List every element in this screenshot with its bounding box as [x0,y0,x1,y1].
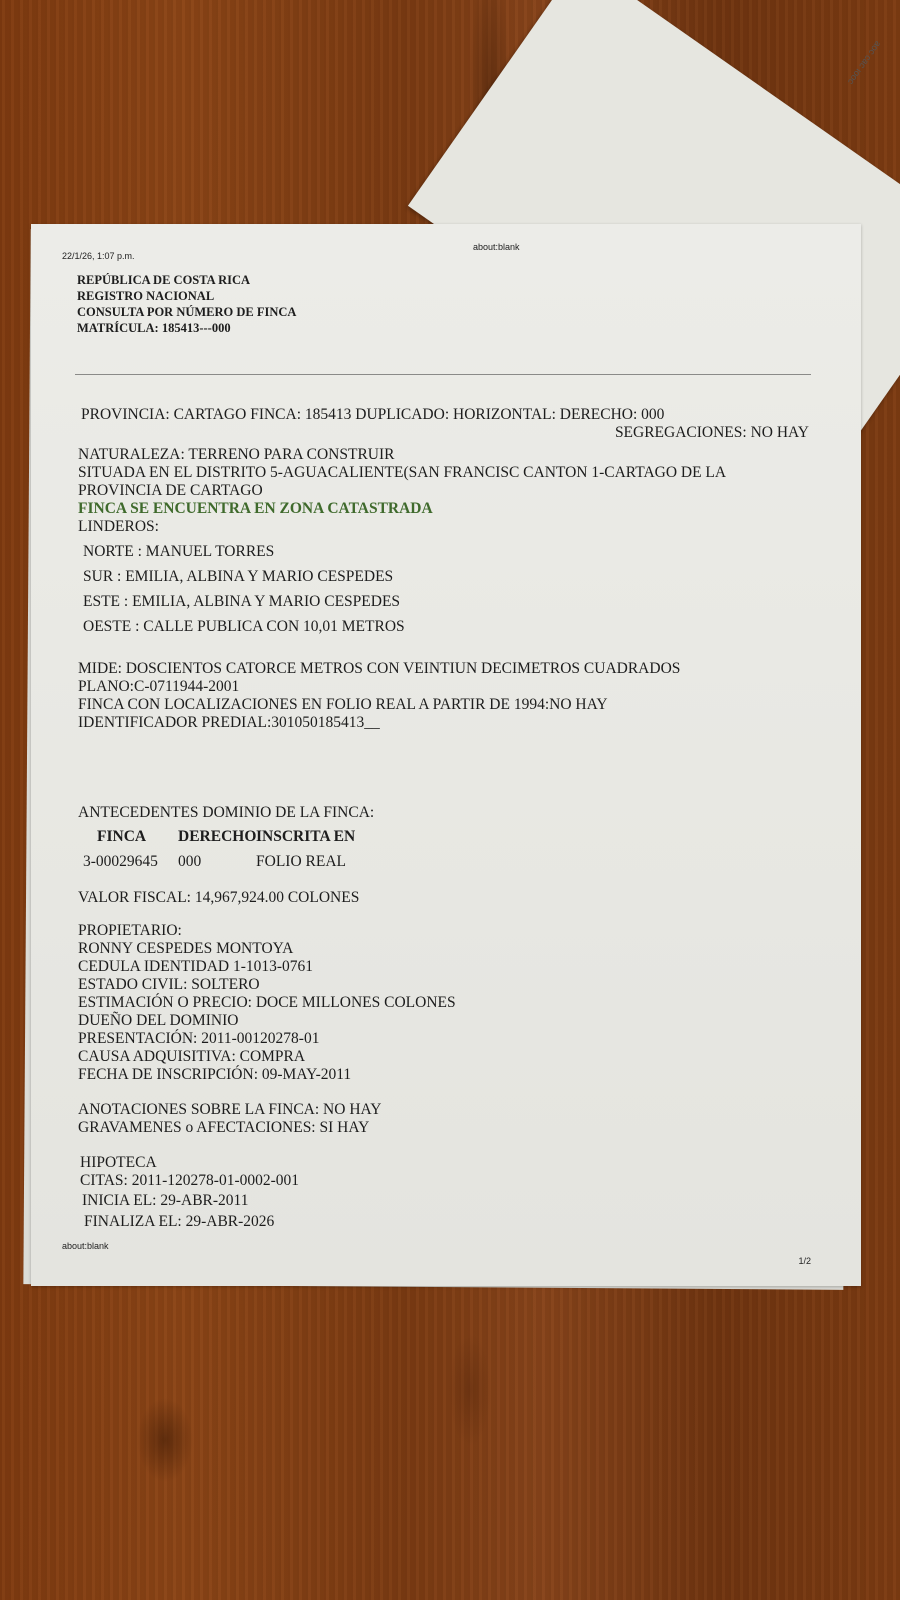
document-header: REPÚBLICA DE COSTA RICA REGISTRO NACIONA… [77,272,296,336]
table-row: 3-00029645 000 FOLIO REAL [83,849,396,874]
antecedentes-title: ANTECEDENTES DOMINIO DE LA FINCA: [78,804,374,822]
propietario-estado-civil: ESTADO CIVIL: SOLTERO [78,976,260,994]
page-number: 1/2 [798,1256,811,1266]
header-divider [75,374,811,375]
hipoteca-inicia: INICIA EL: 29-ABR-2011 [82,1192,248,1210]
header-country: REPÚBLICA DE COSTA RICA [77,272,296,288]
localizaciones: FINCA CON LOCALIZACIONES EN FOLIO REAL A… [78,696,608,714]
print-url: about:blank [473,242,520,252]
propietario-fecha-inscripcion: FECHA DE INSCRIPCIÓN: 09-MAY-2011 [78,1066,351,1084]
footer-url: about:blank [62,1241,109,1251]
lindero-sur: SUR : EMILIA, ALBINA Y MARIO CESPEDES [83,568,393,586]
hipoteca-title: HIPOTECA [80,1154,157,1172]
identificador-predial: IDENTIFICADOR PREDIAL:301050185413__ [78,714,380,732]
situada-line-1: SITUADA EN EL DISTRITO 5-AGUACALIENTE(SA… [78,464,726,482]
propietario-estimacion: ESTIMACIÓN O PRECIO: DOCE MILLONES COLON… [78,994,456,1012]
situada-line-2: PROVINCIA DE CARTAGO [78,482,263,500]
hipoteca-finaliza: FINALIZA EL: 29-ABR-2026 [84,1213,274,1231]
linderos-label: LINDEROS: [78,518,159,536]
print-date: 22/1/26, 1:07 p.m. [62,251,135,261]
column-header-derecho: DERECHO [178,824,256,849]
naturaleza: NATURALEZA: TERRENO PARA CONSTRUIR [78,446,395,464]
propietario-causa: CAUSA ADQUISITIVA: COMPRA [78,1048,305,1066]
column-header-inscrita: INSCRITA EN [256,824,396,849]
gravamenes: GRAVAMENES o AFECTACIONES: SI HAY [78,1119,369,1137]
hipoteca-citas: CITAS: 2011-120278-01-0002-001 [80,1172,299,1190]
propietario-cedula: CEDULA IDENTIDAD 1-1013-0761 [78,958,313,976]
cell-inscrita: FOLIO REAL [256,849,396,874]
propietario-label: PROPIETARIO: [78,922,182,940]
column-header-finca: FINCA [83,824,178,849]
second-sheet-text: ɔooı ɔɐɔ ɔoɐ [845,39,882,86]
lindero-este: ESTE : EMILIA, ALBINA Y MARIO CESPEDES [83,593,400,611]
valor-fiscal: VALOR FISCAL: 14,967,924.00 COLONES [78,889,359,907]
anotaciones: ANOTACIONES SOBRE LA FINCA: NO HAY [78,1101,381,1119]
lindero-oeste: OESTE : CALLE PUBLICA CON 10,01 METROS [83,618,405,636]
header-query-type: CONSULTA POR NÚMERO DE FINCA [77,304,296,320]
propietario-presentacion: PRESENTACIÓN: 2011-00120278-01 [78,1030,319,1048]
header-matricula: MATRÍCULA: 185413---000 [77,320,296,336]
antecedentes-table: FINCA DERECHO INSCRITA EN 3-00029645 000… [83,824,396,874]
finca-summary: PROVINCIA: CARTAGO FINCA: 185413 DUPLICA… [81,406,664,424]
lindero-norte: NORTE : MANUEL TORRES [83,543,274,561]
cell-derecho: 000 [178,849,256,874]
document-page: 22/1/26, 1:07 p.m. about:blank REPÚBLICA… [31,224,861,1286]
segregaciones: SEGREGACIONES: NO HAY [615,424,809,442]
table-header-row: FINCA DERECHO INSCRITA EN [83,824,396,849]
propietario-nombre: RONNY CESPEDES MONTOYA [78,940,293,958]
propietario-dueno: DUEÑO DEL DOMINIO [78,1012,238,1030]
mide: MIDE: DOSCIENTOS CATORCE METROS CON VEIN… [78,660,680,678]
cell-finca: 3-00029645 [83,849,178,874]
zona-catastrada-notice: FINCA SE ENCUENTRA EN ZONA CATASTRADA [78,500,433,518]
header-registry: REGISTRO NACIONAL [77,288,296,304]
plano: PLANO:C-0711944-2001 [78,678,239,696]
